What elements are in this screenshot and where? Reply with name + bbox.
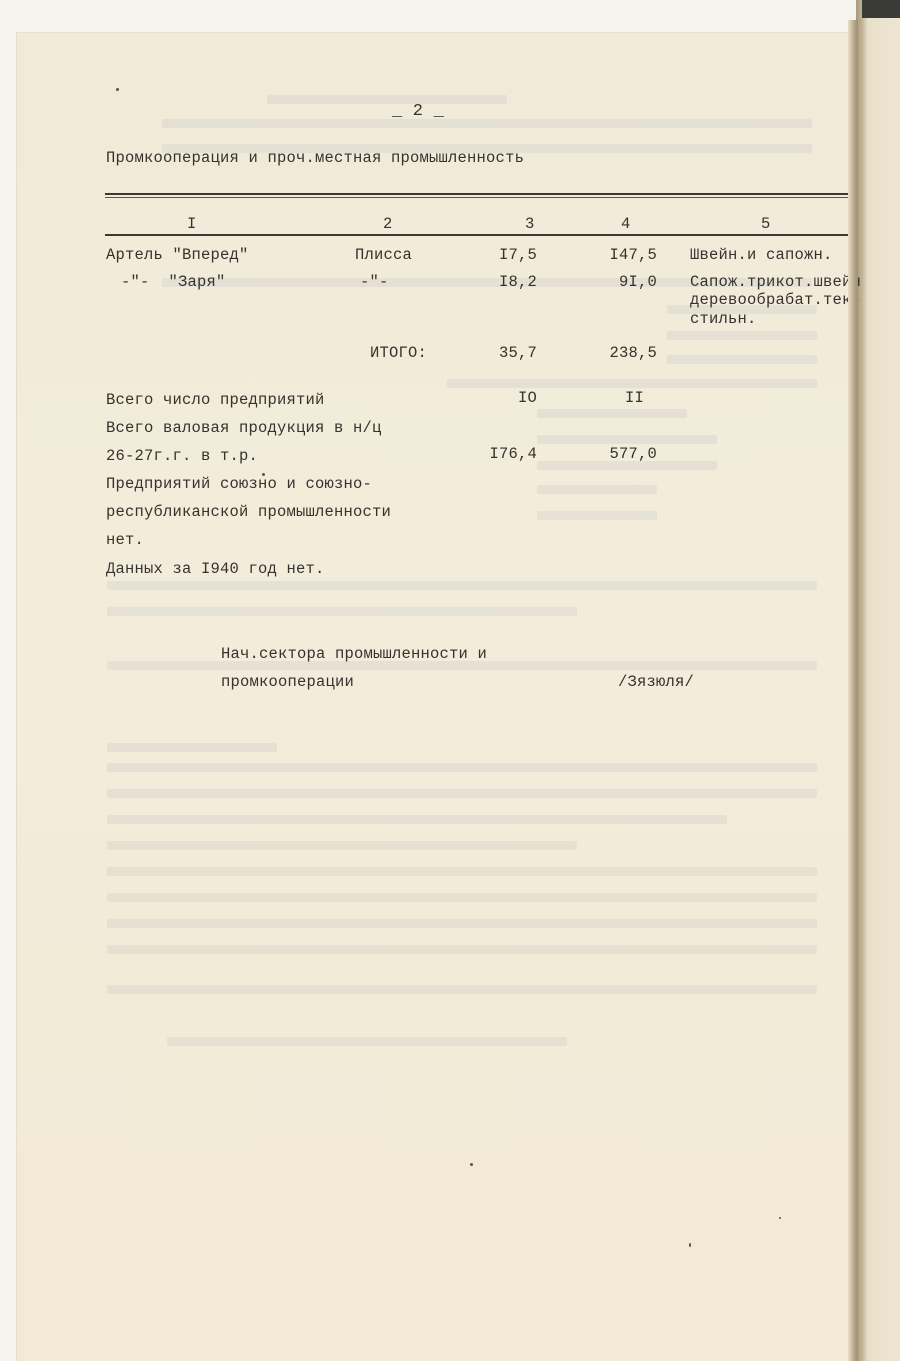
paper-speck xyxy=(689,1243,691,1247)
signature-name: /Зязюля/ xyxy=(618,673,694,691)
column-number-4: 4 xyxy=(621,215,631,233)
row-col3: I7,5 xyxy=(457,246,537,264)
bleed-through-mark xyxy=(107,581,817,590)
summary-label: 26-27г.г. в т.р. xyxy=(106,447,258,465)
bleed-through-mark xyxy=(107,945,817,954)
row-col3: I8,2 xyxy=(457,273,537,291)
summary-col3: IO xyxy=(457,389,537,407)
total-label: ИТОГО: xyxy=(370,344,427,362)
total-col4: 238,5 xyxy=(577,344,657,362)
row-col4: I47,5 xyxy=(577,246,657,264)
row-location: Плисса xyxy=(355,246,412,264)
column-number-5: 5 xyxy=(761,215,771,233)
bleed-through-mark xyxy=(107,985,817,994)
row-col5: Швейн.и сапожн. xyxy=(690,246,833,264)
note-line: Предприятий союзно и союзно- xyxy=(106,475,372,493)
signature-title-line2: промкооперации xyxy=(221,673,354,691)
row-name: -"- "Заря" xyxy=(121,273,226,291)
bleed-through-mark xyxy=(107,919,817,928)
row-col4: 9I,0 xyxy=(577,273,657,291)
row-col5-line3: стильн. xyxy=(690,310,757,328)
column-header-rule xyxy=(105,234,857,236)
bleed-through-mark xyxy=(537,511,657,520)
bleed-through-mark xyxy=(667,355,817,364)
bleed-through-mark xyxy=(107,763,817,772)
paper-speck xyxy=(470,1163,473,1166)
row-col5-line1: Сапож.трикот.швейн xyxy=(690,273,861,291)
summary-label: Всего число предприятий xyxy=(106,391,325,409)
bleed-through-mark xyxy=(167,1037,567,1046)
summary-col4: 577,0 xyxy=(577,445,657,463)
column-number-2: 2 xyxy=(383,215,393,233)
bleed-through-mark xyxy=(667,331,817,340)
page-number: _ 2 _ xyxy=(392,103,444,121)
bleed-through-mark xyxy=(107,789,817,798)
bleed-through-mark xyxy=(267,95,507,104)
summary-label: Всего валовая продукция в н/ц xyxy=(106,419,382,437)
scanner-background xyxy=(862,0,900,18)
bleed-through-mark xyxy=(107,867,817,876)
bleed-through-mark xyxy=(447,379,817,388)
row-col5-line2: деревообрабат.тек- xyxy=(690,291,861,309)
column-number-1: I xyxy=(187,215,197,233)
bleed-through-mark xyxy=(107,893,817,902)
page-edge-shadow xyxy=(848,20,858,1361)
bleed-through-mark xyxy=(162,119,812,128)
paper-speck xyxy=(116,88,119,91)
bleed-through-mark xyxy=(107,607,577,616)
bleed-through-mark xyxy=(107,841,577,850)
bleed-through-mark xyxy=(537,485,657,494)
summary-col3: I76,4 xyxy=(457,445,537,463)
paper-speck xyxy=(262,473,265,476)
note-line: нет. xyxy=(106,531,144,549)
note-line: Данных за I940 год нет. xyxy=(106,560,325,578)
paper-speck xyxy=(779,1217,781,1219)
row-name: Артель "Вперед" xyxy=(106,246,249,264)
summary-col4: II xyxy=(564,389,644,407)
bleed-through-mark xyxy=(537,435,717,444)
note-line: республиканской промышленности xyxy=(106,503,391,521)
signature-title-line1: Нач.сектора промышленности и xyxy=(221,645,487,663)
section-title: Промкооперация и проч.местная промышленн… xyxy=(106,149,524,167)
bleed-through-mark xyxy=(107,743,277,752)
row-location: -"- xyxy=(360,273,389,291)
adjacent-page-edge xyxy=(856,0,900,1361)
total-col3: 35,7 xyxy=(457,344,537,362)
table-top-rule-second xyxy=(105,197,857,198)
bleed-through-mark xyxy=(537,409,687,418)
table-top-rule xyxy=(105,193,857,195)
bleed-through-mark xyxy=(107,815,727,824)
document-page: _ 2 _ Промкооперация и проч.местная пром… xyxy=(16,32,856,1361)
column-number-3: 3 xyxy=(525,215,535,233)
